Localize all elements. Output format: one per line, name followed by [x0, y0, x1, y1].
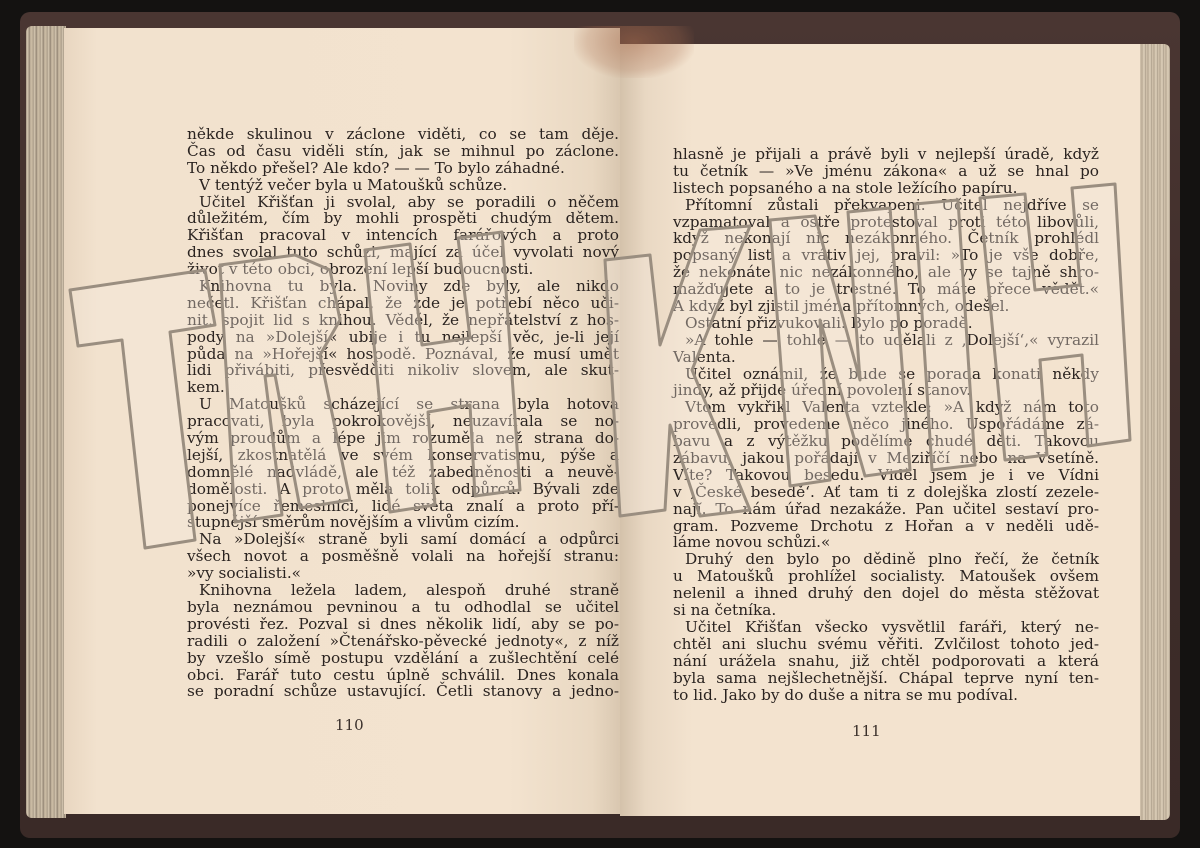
text-line: Ostatní přizvukovali. Bylo po poradě. — [673, 315, 1099, 332]
text-line: V tentýž večer byla u Matoušků schůze. — [187, 177, 619, 194]
text-line: vzpamatoval a ostře protestoval proti té… — [673, 214, 1099, 231]
text-line: Přítomní zůstali překvapeni. Učitel nejd… — [673, 197, 1099, 214]
text-line: To někdo přešel? Ale kdo? — — To bylo zá… — [187, 160, 619, 177]
text-line: provedli, provedeme něco jiného. Uspořád… — [673, 416, 1099, 433]
text-line: A když byl zjistil jména přítomných, ode… — [673, 298, 1099, 315]
text-line: Křišťan pracoval v intencích farářových … — [187, 227, 619, 244]
text-line: když nekonají nic nezákonného. Četník pr… — [673, 230, 1099, 247]
text-line: listech popsaného a na stole ležícího pa… — [673, 180, 1099, 197]
text-line: mažďujete a to je trestné. To máte přece… — [673, 281, 1099, 298]
text-line: lidi přivábiti, přesvědčiti nikoliv slov… — [187, 362, 619, 379]
text-line: obci. Farář tuto cestu úplně schválil. D… — [187, 667, 619, 684]
text-line: hlasně je přijali a právě byli v nejlepš… — [673, 146, 1099, 163]
text-line: gram. Pozveme Drchotu z Hořan a v neděli… — [673, 518, 1099, 535]
text-line: to lid. Jako by do duše a nitra se mu po… — [673, 687, 1099, 704]
page-edges-left — [26, 26, 66, 818]
text-line: Knihovna tu byla. Noviny zde byly, ale n… — [187, 278, 619, 295]
text-line: byla sama nejšlechetnější. Chápal teprve… — [673, 670, 1099, 687]
left-page: někde skulinou v záclone viděti, co se t… — [64, 28, 620, 814]
text-line: jindy, až přijde úřední povolení stanov. — [673, 382, 1099, 399]
text-line: pracovati, byla pokrokovější, neuzavíral… — [187, 413, 619, 430]
text-line: že nekonáte nic nezákonného, ale vy se t… — [673, 264, 1099, 281]
right-page-text: hlasně je přijali a právě byli v nejlepš… — [673, 146, 1099, 703]
text-line: důležitém, čím by mohli prospěti chudým … — [187, 210, 619, 227]
page-number-left: 110 — [335, 716, 364, 734]
text-line: Knihovna ležela ladem, alespoň druhé str… — [187, 582, 619, 599]
text-line: nání urážela snahu, již chtěl podporovat… — [673, 653, 1099, 670]
text-line: dnes svolal tuto schůzi, mající za účel … — [187, 244, 619, 261]
text-line: popsaný list a vrátiv jej, pravil: »To j… — [673, 247, 1099, 264]
text-line: všech novot a posměšně volali na hořejší… — [187, 548, 619, 565]
text-line: život v této obci, obrození lepší budouc… — [187, 261, 619, 278]
text-line: zábavu, jakou pořádají v Meziříčí nebo n… — [673, 450, 1099, 467]
text-line: ponejvíce řemeslníci, lidé světa znalí a… — [187, 498, 619, 515]
text-line: pody na »Dolejší« ubije i tu nejlepší vě… — [187, 329, 619, 346]
text-line: Vtom vykřikl Valenta vztekle: »A když ná… — [673, 399, 1099, 416]
text-line: vým proudům a lépe jim rozuměla než stra… — [187, 430, 619, 447]
text-line: Valenta. — [673, 349, 1099, 366]
text-line: půda na »Hořejší« hospodě. Poznával, že … — [187, 346, 619, 363]
text-line: si na četníka. — [673, 602, 1099, 619]
text-line: bavu a z výtěžku podělíme chudé děti. Ta… — [673, 433, 1099, 450]
text-line: se poradní schůze ustavující. Četli stan… — [187, 683, 619, 700]
text-line: lejší, zkostnatělá ve svém konservatismu… — [187, 447, 619, 464]
text-line: by vzešlo símě postupu vzdělání a zušlec… — [187, 650, 619, 667]
text-line: radili o založení »Čtenářsko-pěvecké jed… — [187, 633, 619, 650]
text-line: v ‚České besedě‘. Ať tam ti z dolejška z… — [673, 484, 1099, 501]
text-line: domnělé nadvládě, ale též zabedněnosti a… — [187, 464, 619, 481]
text-line: někde skulinou v záclone viděti, co se t… — [187, 126, 619, 143]
page-edges-right — [1140, 44, 1170, 820]
text-line: u Matoušků prohlížel socialisty. Matouše… — [673, 568, 1099, 585]
text-line: Víte? Takovou besedu. Viděl jsem je i ve… — [673, 467, 1099, 484]
text-line: Učitel oznámil, že bude se porada konati… — [673, 366, 1099, 383]
open-book: někde skulinou v záclone viděti, co se t… — [26, 24, 1176, 830]
text-line: nit, spojit lid s knihou. Věděl, že nepř… — [187, 312, 619, 329]
text-line: U Matoušků scházející se strana byla hot… — [187, 396, 619, 413]
text-line: Učitel Křišťan ji svolal, aby se poradil… — [187, 194, 619, 211]
text-line: »A tohle — tohle — to udělali z ‚Dolejší… — [673, 332, 1099, 349]
text-line: láme novou schůzi.« — [673, 534, 1099, 551]
text-line: najĭ. To nám úřad nezakáže. Pan učitel s… — [673, 501, 1099, 518]
text-line: chtěl ani sluchu svému věřiti. Zvlčilost… — [673, 636, 1099, 653]
text-line: nečetl. Křišťan chápal, že zde je potřeb… — [187, 295, 619, 312]
text-line: tu četník — »Ve jménu zákona« a už se hn… — [673, 163, 1099, 180]
text-line: stupnější směrům novějším a vlivům cizím… — [187, 514, 619, 531]
text-line: nelenil a ihned druhý den dojel do města… — [673, 585, 1099, 602]
left-page-text: někde skulinou v záclone viděti, co se t… — [187, 126, 619, 700]
text-line: Druhý den bylo po dědině plno řečí, že č… — [673, 551, 1099, 568]
text-line: Na »Dolejší« straně byli samí domácí a o… — [187, 531, 619, 548]
text-line: Čas od času viděli stín, jak se mihnul p… — [187, 143, 619, 160]
text-line: Učitel Křišťan všecko vysvětlil faráři, … — [673, 619, 1099, 636]
text-line: kem. — [187, 379, 619, 396]
text-line: byla neznámou pevninou a tu odhodlal se … — [187, 599, 619, 616]
text-line: »vy socialisti.« — [187, 565, 619, 582]
page-number-right: 111 — [852, 722, 881, 740]
text-line: provésti řez. Pozval si dnes několik lid… — [187, 616, 619, 633]
text-line: domělosti. A proto měla tolik odpůrců. B… — [187, 481, 619, 498]
right-page: hlasně je přijali a právě byli v nejlepš… — [620, 44, 1140, 816]
